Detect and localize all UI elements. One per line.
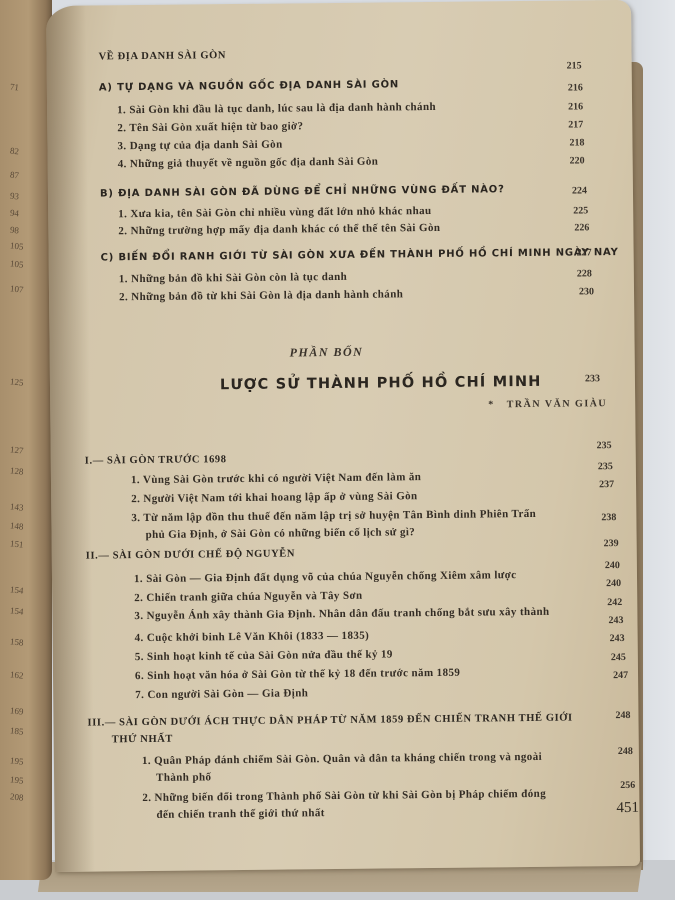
toc-entry-continuation: phủ Gia Định, ở Sài Gòn có những biến cố… [145, 526, 415, 541]
page-number: 227 [577, 247, 592, 258]
margin-number: 82 [10, 146, 20, 157]
page-number: 248 [618, 746, 633, 757]
toc-entry: 3. Nguyễn Ánh xây thành Gia Định. Nhân d… [134, 606, 549, 622]
toc-entry: 4. Cuộc khởi binh Lê Văn Khôi (1833 — 18… [135, 630, 370, 644]
table-of-contents-page: VỀ ĐỊA DANH SÀI GÒN 215 A) TỰ DẠNG VÀ NG… [46, 0, 640, 872]
page-number: 245 [611, 652, 626, 663]
page-number: 240 [605, 560, 620, 571]
page-number: 238 [601, 512, 616, 523]
margin-number: 94 [10, 208, 20, 219]
margin-number: 87 [10, 170, 20, 181]
toc-entry: 2. Tên Sài Gòn xuất hiện từ bao giờ? [117, 120, 303, 134]
toc-entry: 3. Dạng tự của địa danh Sài Gòn [117, 139, 282, 153]
previous-page-edge: 71 82 87 93 94 98 105 105 107 125 127 12… [0, 0, 52, 880]
author-line: * TRẦN VĂN GIÀU [488, 398, 607, 410]
page-number: 256 [620, 780, 635, 791]
margin-number: 107 [10, 283, 24, 294]
margin-number: 162 [10, 669, 24, 680]
toc-entry: 2. Những trường hợp mấy địa danh khác có… [118, 222, 440, 237]
toc-entry: 1. Vùng Sài Gòn trước khi có người Việt … [131, 471, 421, 486]
page-number: 225 [573, 205, 588, 216]
toc-entry: 1. Sài Gòn — Gia Định đất dụng võ của ch… [134, 569, 517, 585]
toc-entry: 2. Những bản đồ từ khi Sài Gòn là địa da… [119, 288, 403, 303]
toc-entry: 6. Sinh hoạt văn hóa ở Sài Gòn từ thế kỷ… [135, 667, 460, 682]
page-number: 247 [613, 670, 628, 681]
folio-page-number: 451 [616, 800, 639, 817]
margin-number: 98 [10, 225, 20, 236]
page-number: 248 [615, 710, 630, 721]
toc-entry-continuation: Thành phố [156, 771, 211, 784]
page-number: 243 [610, 633, 625, 644]
margin-number: 105 [10, 240, 24, 251]
page-number: 217 [568, 119, 583, 130]
toc-entry-continuation: đến chiến tranh thế giới thứ nhất [156, 807, 324, 821]
toc-entry: 2. Những biến đổi trong Thành phố Sài Gò… [142, 788, 546, 804]
page-number: 216 [568, 82, 583, 93]
margin-number: 154 [10, 584, 24, 595]
section-heading: VỀ ĐỊA DANH SÀI GÒN [98, 50, 226, 62]
margin-number: 185 [10, 725, 24, 736]
page-number: 215 [567, 60, 582, 71]
margin-number: 195 [10, 755, 24, 766]
toc-entry: 5. Sinh hoạt kinh tế của Sài Gòn nửa đầu… [135, 648, 393, 663]
subsection-heading: A) TỰ DẠNG VÀ NGUỒN GỐC ĐỊA DANH SÀI GÒN [99, 79, 399, 93]
toc-entry: 7. Con người Sài Gòn — Gia Định [135, 687, 308, 701]
toc-entry: 1. Sài Gòn khi đầu là tục danh, lúc sau … [117, 101, 436, 116]
page-number: 240 [606, 578, 621, 589]
margin-number: 151 [10, 538, 24, 549]
author-name: TRẦN VĂN GIÀU [507, 398, 608, 410]
page-number: 226 [574, 222, 589, 233]
toc-entry: 3. Từ năm lập đồn thu thuế đến năm lập t… [131, 508, 536, 524]
margin-number: 208 [10, 791, 24, 802]
author-mark: * [488, 399, 495, 410]
toc-entry: 4. Những giả thuyết về nguồn gốc địa dan… [118, 156, 379, 171]
page-number: 233 [585, 373, 600, 384]
gutter-shadow [46, 6, 95, 872]
previous-page-numbers: 71 82 87 93 94 98 105 105 107 125 127 12… [4, 0, 44, 900]
margin-number: 93 [10, 191, 20, 202]
subsection-heading: C) BIẾN ĐỔI RANH GIỚI TỪ SÀI GÒN XƯA ĐẾN… [101, 247, 619, 263]
toc-entry: 1. Quân Pháp đánh chiếm Sài Gòn. Quân và… [142, 751, 542, 767]
margin-number: 128 [10, 465, 24, 476]
page-number: 218 [569, 137, 584, 148]
margin-number: 148 [10, 520, 24, 531]
margin-number: 125 [10, 376, 24, 387]
page-number: 235 [598, 461, 613, 472]
margin-number: 143 [10, 501, 24, 512]
toc-entry: 1. Xưa kia, tên Sài Gòn chỉ nhiều vùng đ… [118, 205, 431, 220]
subsection-heading: B) ĐỊA DANH SÀI GÒN ĐÃ DÙNG ĐỂ CHỈ NHỮNG… [100, 184, 505, 199]
page-number: 243 [608, 615, 623, 626]
margin-number: 105 [10, 258, 24, 269]
page-number: 239 [604, 538, 619, 549]
part-title: LƯỢC SỬ THÀNH PHỐ HỒ CHÍ MINH [220, 374, 542, 393]
chapter-heading-continuation: THỨ NHẤT [112, 734, 173, 746]
toc-entry: 1. Những bản đồ khi Sài Gòn còn là tục d… [119, 271, 347, 285]
page-number: 224 [572, 185, 587, 196]
page-number: 235 [597, 440, 612, 451]
margin-number: 169 [10, 705, 24, 716]
margin-number: 195 [10, 774, 24, 785]
margin-number: 158 [10, 636, 24, 647]
page-number: 228 [577, 268, 592, 279]
chapter-heading: I.— SÀI GÒN TRƯỚC 1698 [85, 454, 227, 466]
page-number: 237 [599, 479, 614, 490]
part-label: PHẦN BỐN [290, 345, 364, 361]
chapter-heading: II.— SÀI GÒN DƯỚI CHẾ ĐỘ NGUYỄN [86, 548, 295, 561]
page-number: 220 [570, 155, 585, 166]
margin-number: 154 [10, 605, 24, 616]
toc-entry: 2. Người Việt Nam tới khai hoang lập ấp … [131, 490, 418, 505]
page-number: 216 [568, 101, 583, 112]
chapter-heading: III.— SÀI GÒN DƯỚI ÁCH THỰC DÂN PHÁP TỪ … [87, 713, 572, 729]
margin-number: 71 [10, 82, 20, 93]
margin-number: 127 [10, 444, 24, 455]
page-number: 242 [607, 597, 622, 608]
page-number: 230 [579, 286, 594, 297]
toc-entry: 2. Chiến tranh giữa chúa Nguyễn và Tây S… [134, 590, 362, 604]
